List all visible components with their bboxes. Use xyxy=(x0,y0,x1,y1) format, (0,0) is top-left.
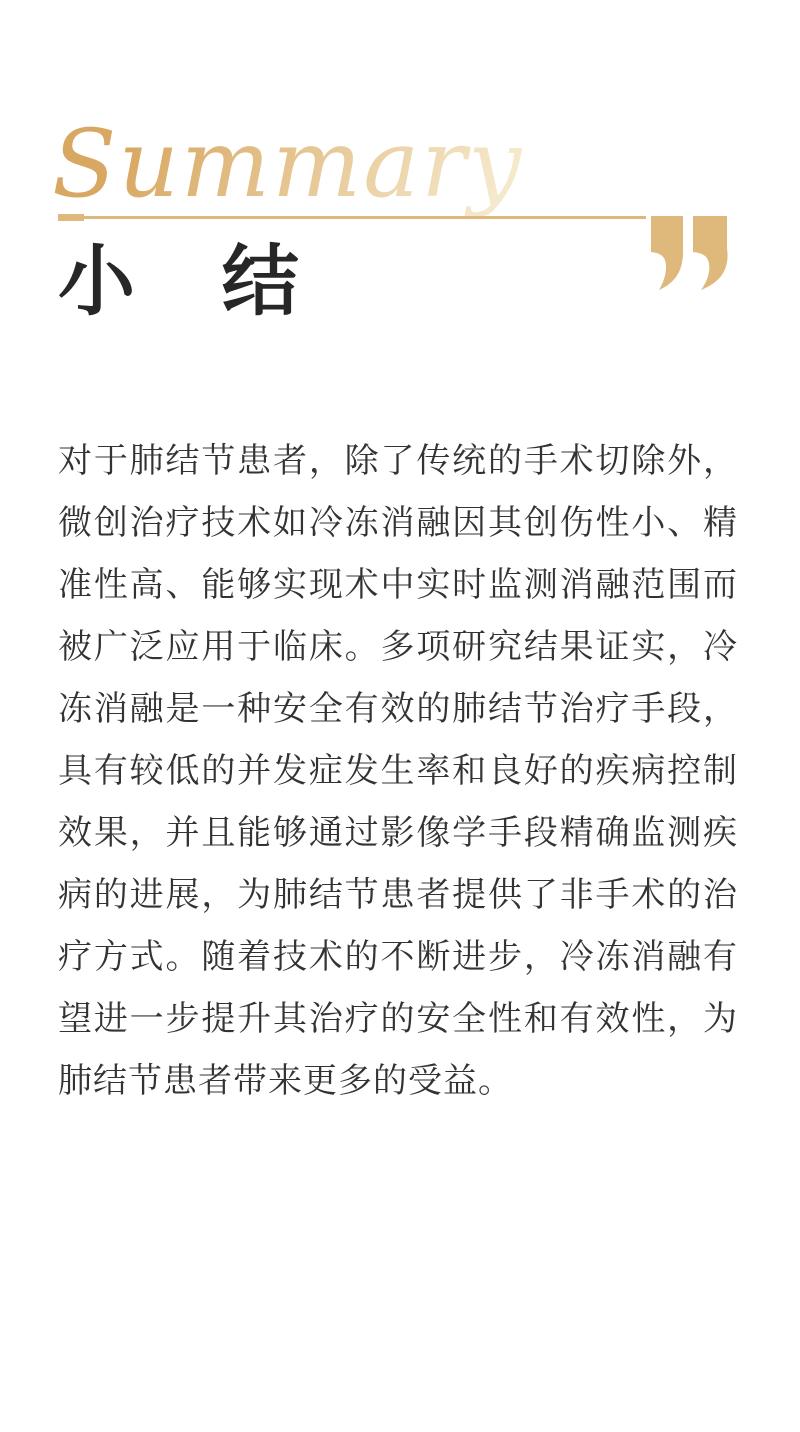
paragraph-line: 冻消融是一种安全有效的肺结节治疗手段， xyxy=(58,678,738,740)
paragraph-line: 肺结节患者带来更多的受益。 xyxy=(58,1050,738,1112)
summary-paragraph: 对于肺结节患者，除了传统的手术切除外，微创治疗技术如冷冻消融因其创伤性小、精准性… xyxy=(58,430,738,1112)
paragraph-line: 对于肺结节患者，除了传统的手术切除外， xyxy=(58,430,738,492)
closing-double-quote-icon xyxy=(651,216,733,291)
paragraph-line: 效果，并且能够通过影像学手段精确监测疾 xyxy=(58,802,738,864)
page-title: 小 结 xyxy=(58,234,329,330)
paragraph-line: 准性高、能够实现术中实时监测消融范围而 xyxy=(58,554,738,616)
summary-script-heading: Summary xyxy=(52,100,523,230)
paragraph-line: 望进一步提升其治疗的安全性和有效性，为 xyxy=(58,988,738,1050)
paragraph-line: 病的进展，为肺结节患者提供了非手术的治 xyxy=(58,864,738,926)
paragraph-line: 微创治疗技术如冷冻消融因其创伤性小、精 xyxy=(58,492,738,554)
paragraph-line: 具有较低的并发症发生率和良好的疾病控制 xyxy=(58,740,738,802)
divider-line xyxy=(84,216,646,219)
paragraph-line: 被广泛应用于临床。多项研究结果证实，冷 xyxy=(58,616,738,678)
paragraph-line: 疗方式。随着技术的不断进步，冷冻消融有 xyxy=(58,926,738,988)
summary-page: Summary 小 结 对于肺结节患者，除了传统的手术切除外，微创治疗技术如冷冻… xyxy=(0,0,800,1432)
divider-accent-block xyxy=(58,214,84,221)
